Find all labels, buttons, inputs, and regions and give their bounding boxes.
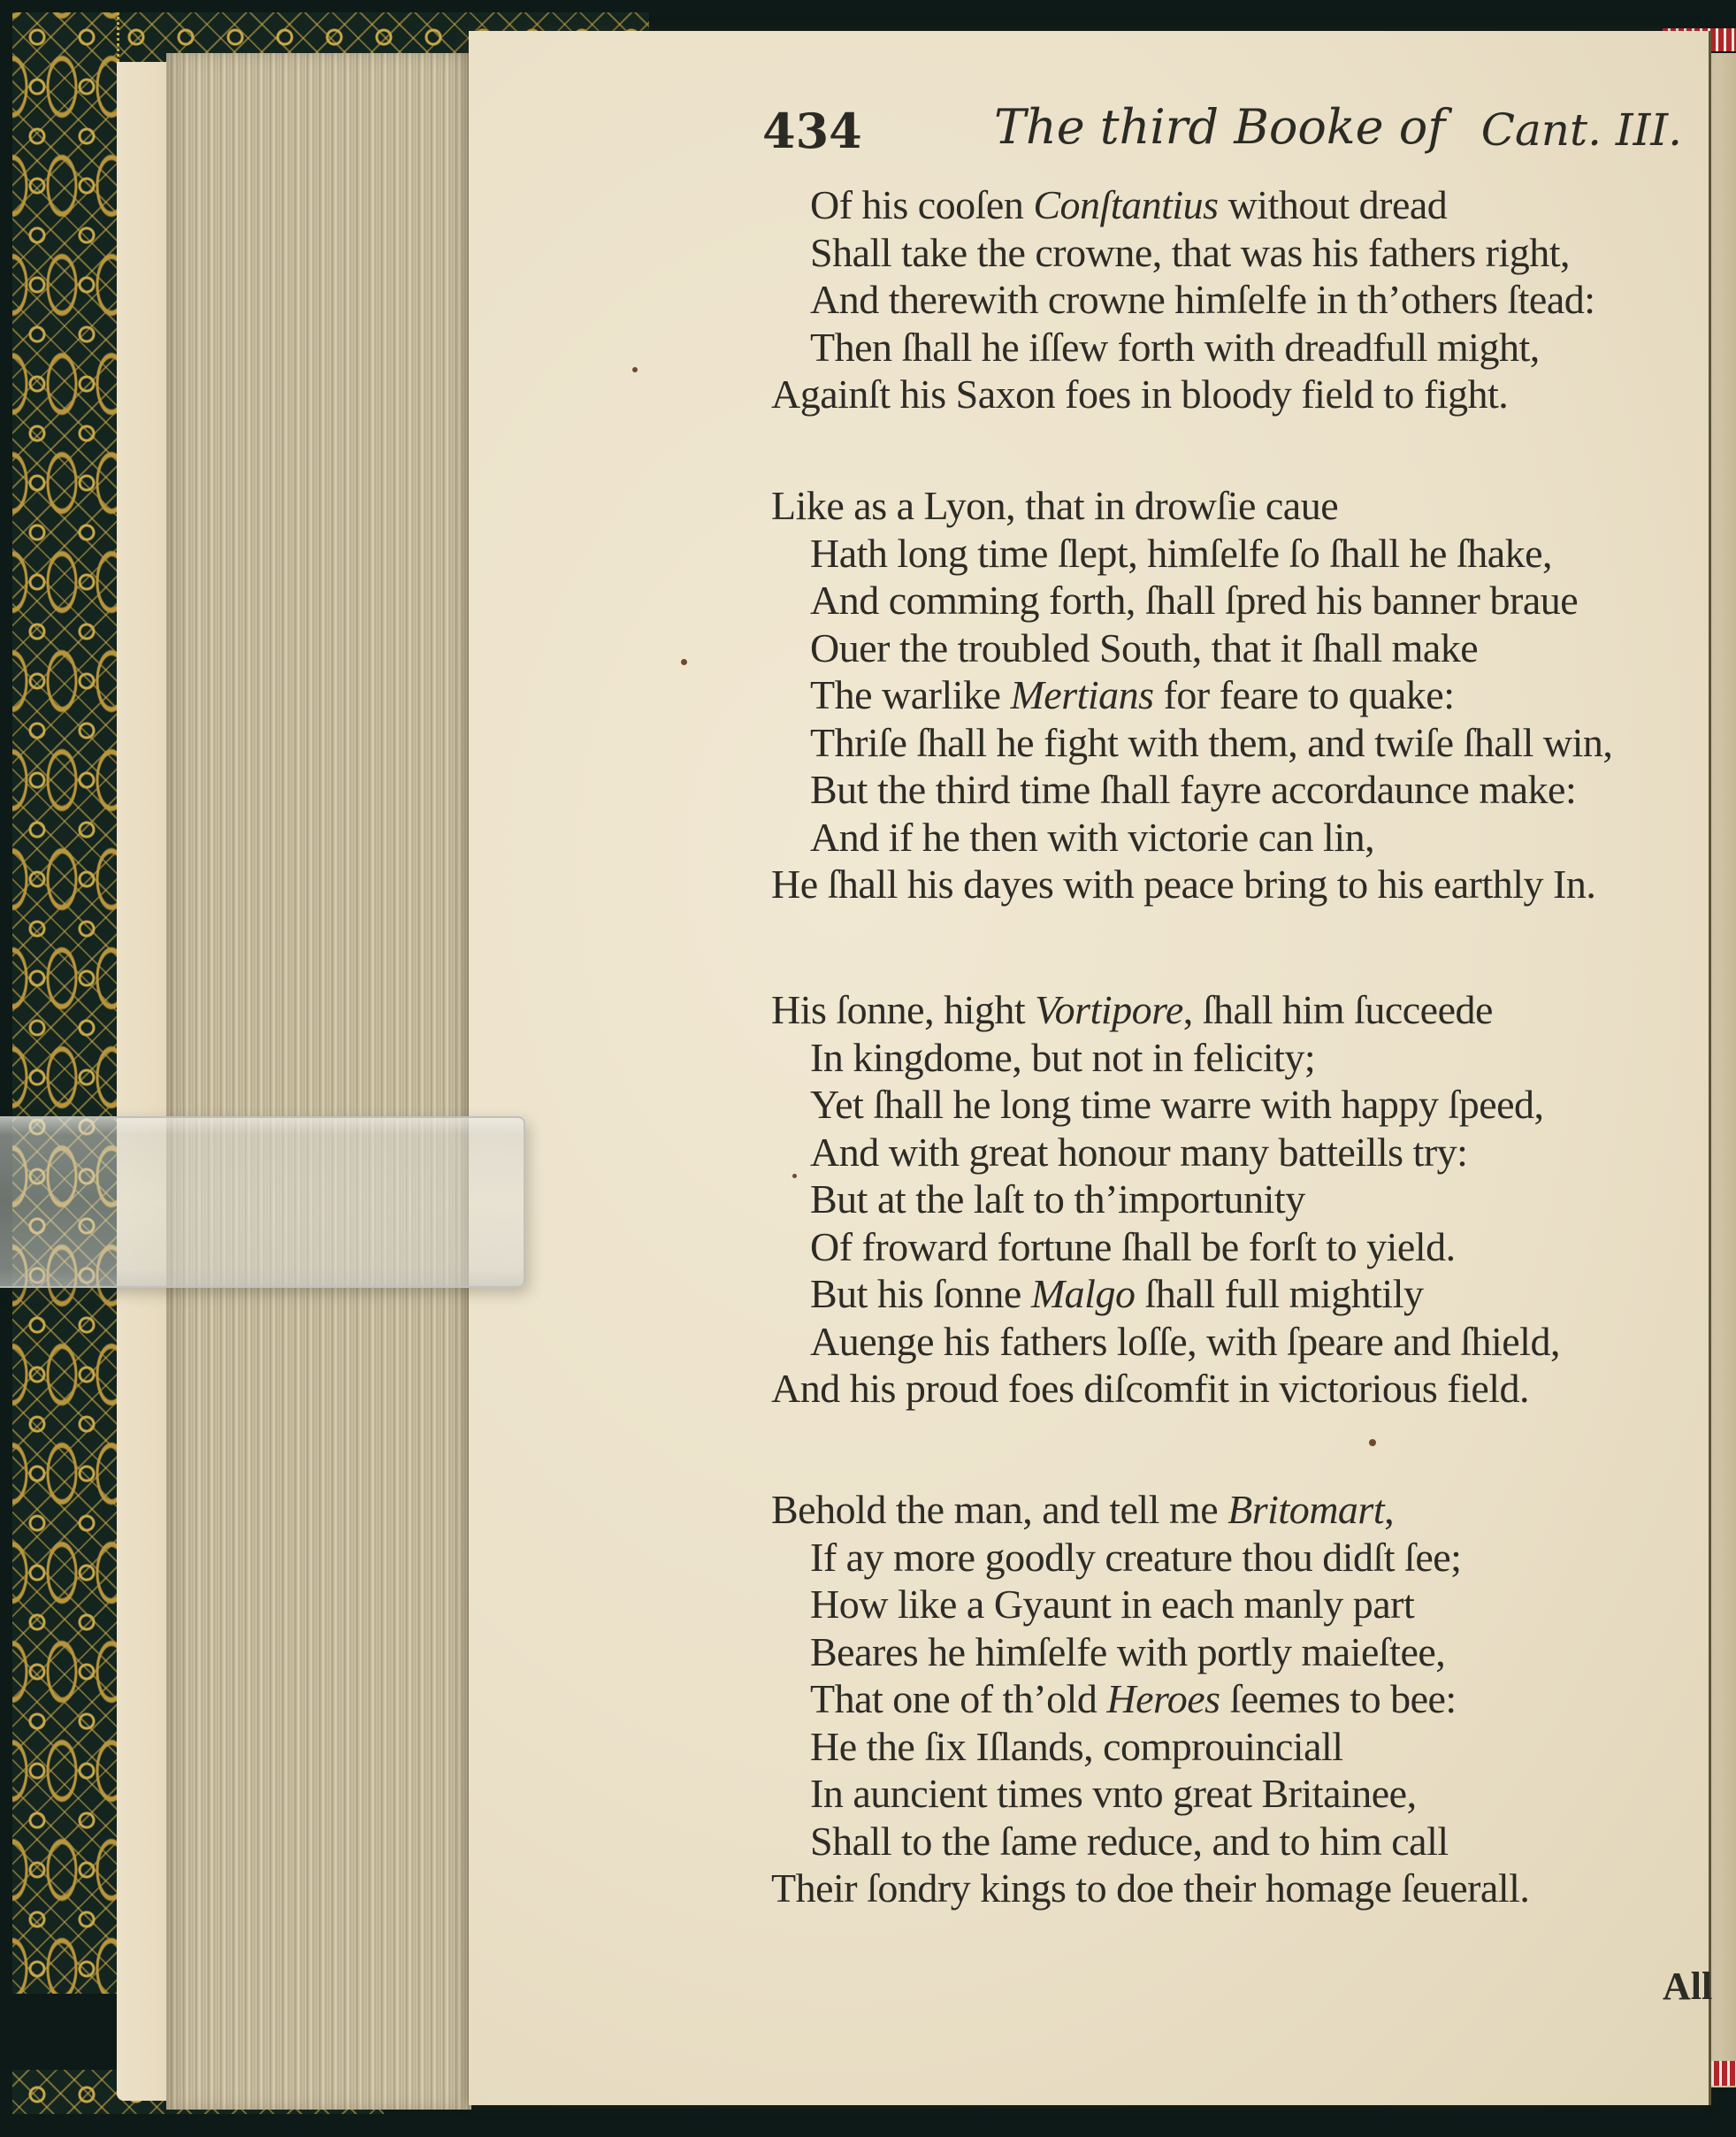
verse-text: , ſhall him ſucceede (1183, 987, 1493, 1032)
verse-text: Hath long time ſlept, himſelfe ſo ſhall … (810, 531, 1552, 576)
verse-line: Their ſondry kings to doe their homage ſ… (771, 1865, 1700, 1912)
verse-text: He the ſix Iſlands, comprouinciall (810, 1724, 1343, 1769)
verse-text: And his proud foes diſcomfit in victorio… (771, 1366, 1529, 1411)
verse-text: And if he then with victorie can lin, (810, 815, 1374, 860)
stanza-1: Of his cooſen Conſtantius without dreadS… (771, 181, 1700, 418)
verse-text: for feare to quake: (1154, 672, 1455, 717)
verse-line: Of his cooſen Conſtantius without dread (771, 181, 1700, 229)
page-holder-clip[interactable] (0, 1116, 525, 1288)
verse-text: Beares he himſelfe with portly maieſtee, (810, 1629, 1445, 1674)
verse-line: If ay more goodly creature thou didſt ſe… (771, 1534, 1700, 1582)
facing-page-edge (1709, 53, 1736, 2087)
stanza-2: Like as a Lyon, that in drowſie caueHath… (771, 482, 1700, 908)
verse-line: The warlike Mertians for feare to quake: (771, 671, 1700, 719)
verse-line: Ouer the troubled South, that it ſhall m… (771, 624, 1700, 672)
verse-line: And comming forth, ſhall ſpred his banne… (771, 577, 1700, 624)
verse-text: If ay more goodly creature thou didſt ſe… (810, 1535, 1461, 1580)
verse-text: ſhall full mightily (1135, 1271, 1423, 1316)
verse-line: And his proud foes diſcomfit in victorio… (771, 1365, 1700, 1413)
verse-text: Of his cooſen (810, 182, 1033, 227)
verse-line: Shall to the ſame reduce, and to him cal… (771, 1818, 1700, 1865)
verse-text: Like as a Lyon, that in drowſie caue (771, 483, 1338, 528)
verse-line: Beares he himſelfe with portly maieſtee, (771, 1628, 1700, 1676)
verse-text: But the third time ſhall fayre accordaun… (810, 767, 1576, 812)
verse-line: In auncient times vnto great Britainee, (771, 1770, 1700, 1818)
verse-text: That one of th’old (810, 1676, 1106, 1721)
verse-line: Yet ſhall he long time warre with happy … (771, 1081, 1700, 1129)
verse-text: Shall take the crowne, that was his fath… (810, 230, 1570, 275)
canto-label: Cant. III. (1481, 104, 1682, 156)
verse-line: Hath long time ſlept, himſelfe ſo ſhall … (771, 530, 1700, 578)
verse-text: Of froward fortune ſhall be forſt to yie… (810, 1224, 1456, 1269)
verse-text: And comming forth, ſhall ſpred his banne… (810, 578, 1578, 623)
verse-text: Thriſe ſhall he fight with them, and twi… (810, 720, 1612, 765)
verse-line: How like a Gyaunt in each manly part (771, 1581, 1700, 1628)
verse-text: But his ſonne (810, 1271, 1031, 1316)
verse-line: But the third time ſhall fayre accordaun… (771, 766, 1700, 814)
verse-line: But at the laſt to th’importunity (771, 1176, 1700, 1223)
verse-text: In kingdome, but not in felicity; (810, 1035, 1315, 1080)
verse-text: How like a Gyaunt in each manly part (810, 1582, 1414, 1627)
verse-line: Thriſe ſhall he fight with them, and twi… (771, 719, 1700, 767)
italic-proper-name: Vortipore (1035, 987, 1183, 1032)
italic-proper-name: Britomart (1227, 1487, 1384, 1532)
paper-speck (681, 659, 687, 665)
verse-text: Behold the man, and tell me (771, 1487, 1227, 1532)
verse-text: ſeemes to bee: (1220, 1676, 1457, 1721)
stanza-4: Behold the man, and tell me Britomart,If… (771, 1486, 1700, 1912)
verse-text: Againſt his Saxon foes in bloody field t… (771, 371, 1508, 417)
verse-line: He ſhall his dayes with peace bring to h… (771, 861, 1700, 908)
verse-line: Of froward fortune ſhall be forſt to yie… (771, 1223, 1700, 1271)
running-title: The third Booke of (994, 99, 1445, 155)
paper-speck (632, 367, 638, 372)
page-header: 434 The third Booke of Cant. III. (762, 99, 1682, 170)
verse-text: His ſonne, hight (771, 987, 1035, 1032)
verse-text: without dread (1219, 182, 1448, 227)
paper-speck (792, 1174, 797, 1178)
verse-text: Auenge his fathers loſſe, with ſpeare an… (810, 1319, 1560, 1364)
verse-line: That one of th’old Heroes ſeemes to bee: (771, 1675, 1700, 1723)
page-edges-stack (166, 53, 471, 2110)
italic-proper-name: Malgo (1031, 1271, 1136, 1316)
verse-text: But at the laſt to th’importunity (810, 1176, 1305, 1222)
verse-line: Againſt his Saxon foes in bloody field t… (771, 371, 1700, 418)
verse-text: , (1384, 1487, 1394, 1532)
verse-line: Auenge his fathers loſſe, with ſpeare an… (771, 1318, 1700, 1366)
page-number: 434 (762, 103, 862, 159)
paper-speck (1369, 1439, 1376, 1446)
verse-line: His ſonne, hight Vortipore, ſhall him ſu… (771, 986, 1700, 1034)
italic-proper-name: Mertians (1010, 672, 1153, 717)
verse-line: Shall take the crowne, that was his fath… (771, 229, 1700, 277)
verse-line: And if he then with victorie can lin, (771, 814, 1700, 862)
verse-text: And with great honour many batteills try… (810, 1130, 1467, 1175)
verse-line: He the ſix Iſlands, comprouinciall (771, 1723, 1700, 1771)
verse-line: Behold the man, and tell me Britomart, (771, 1486, 1700, 1534)
stanza-3: His ſonne, hight Vortipore, ſhall him ſu… (771, 986, 1700, 1413)
endpaper (117, 62, 168, 2101)
verse-text: The warlike (810, 672, 1010, 717)
italic-proper-name: Heroes (1106, 1676, 1220, 1721)
verse-text: In auncient times vnto great Britainee, (810, 1771, 1417, 1816)
verse-text: Yet ſhall he long time warre with happy … (810, 1082, 1544, 1127)
catchword: All (1663, 1964, 1712, 2009)
cover-gilt-border-left (12, 12, 119, 1994)
italic-proper-name: Conſtantius (1033, 182, 1218, 227)
verse-text: Then ſhall he iſſew forth with dreadfull… (810, 325, 1540, 370)
verse-line: And with great honour many batteills try… (771, 1129, 1700, 1176)
verse-text: Their ſondry kings to doe their homage ſ… (771, 1865, 1529, 1911)
verse-text: And therewith crowne himſelfe in th’othe… (810, 277, 1595, 322)
verse-text: Ouer the troubled South, that it ſhall m… (810, 625, 1478, 670)
verse-line: Then ſhall he iſſew forth with dreadfull… (771, 324, 1700, 371)
verse-line: And therewith crowne himſelfe in th’othe… (771, 276, 1700, 324)
verse-line: Like as a Lyon, that in drowſie caue (771, 482, 1700, 530)
verse-text: He ſhall his dayes with peace bring to h… (771, 862, 1595, 907)
verse-line: But his ſonne Malgo ſhall full mightily (771, 1270, 1700, 1318)
verse-text: Shall to the ſame reduce, and to him cal… (810, 1819, 1449, 1864)
verse-line: In kingdome, but not in felicity; (771, 1034, 1700, 1082)
